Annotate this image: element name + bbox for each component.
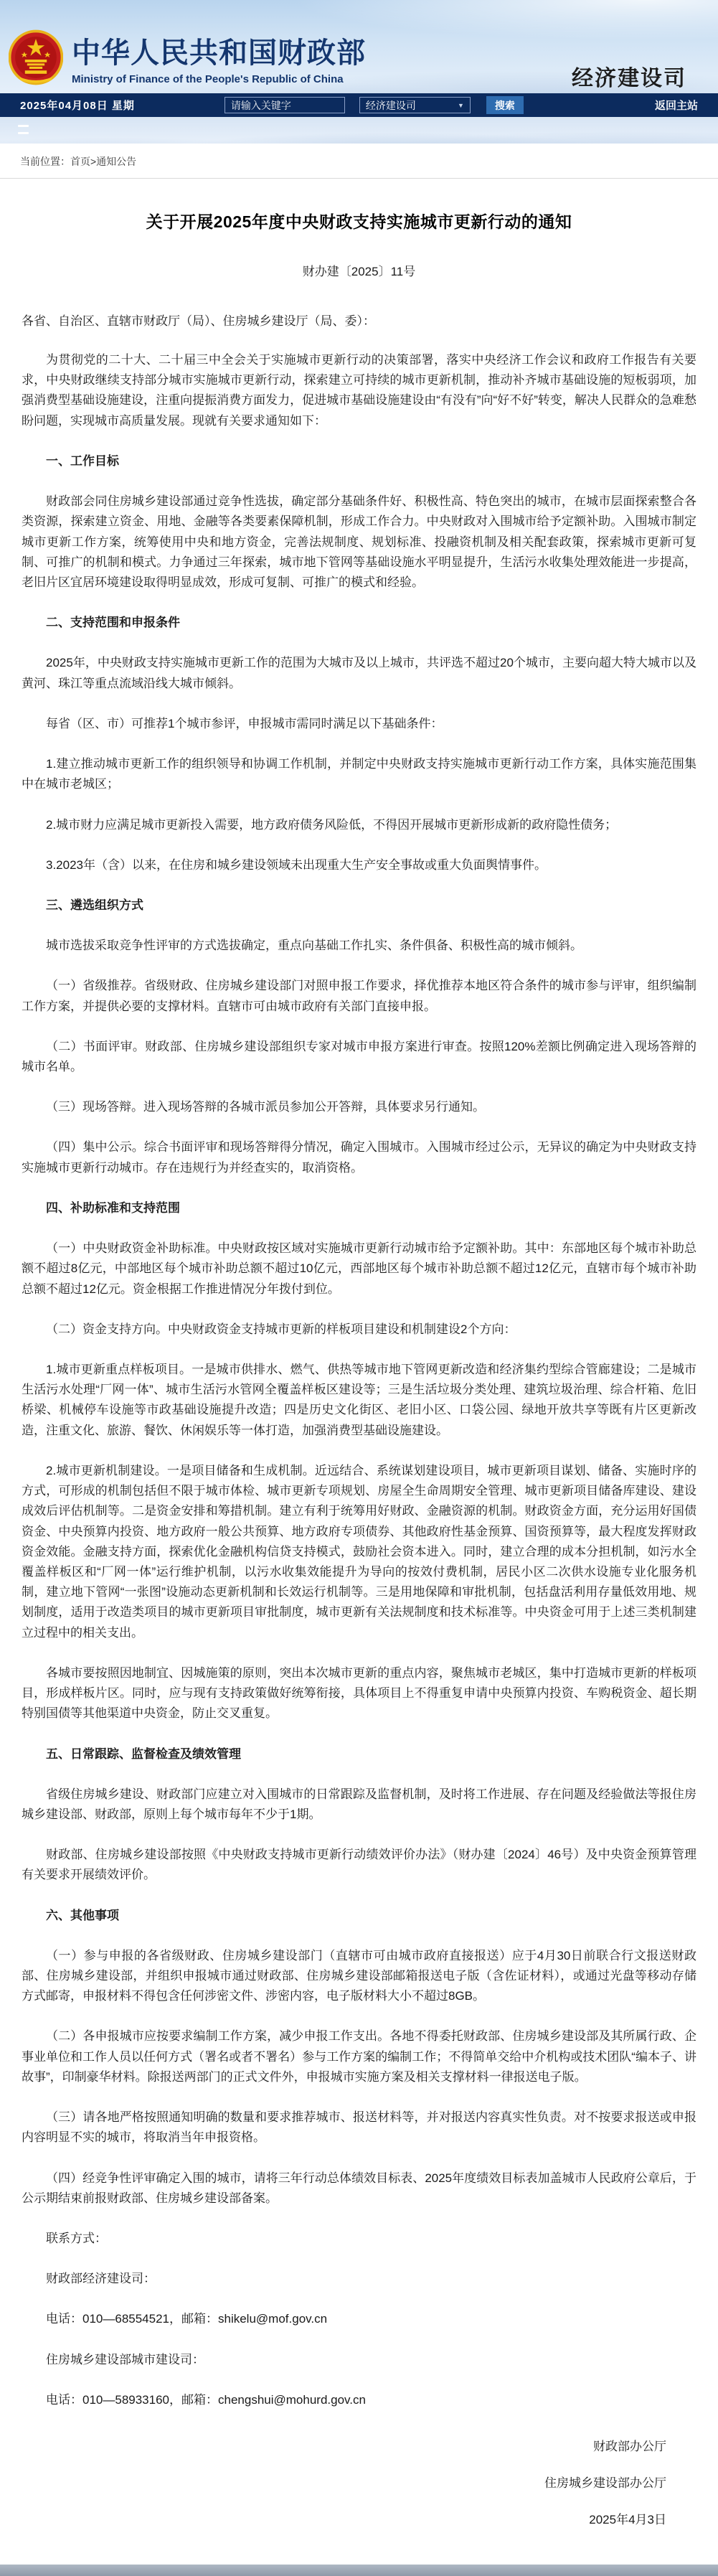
breadcrumb-label: 当前位置： [20,156,70,167]
national-emblem-icon [9,29,63,86]
document-paragraph: 财政部会同住房城乡建设部通过竞争性选拔，确定部分基础条件好、积极性高、特色突出的… [22,492,696,593]
document-paragraph: 电话：010—68554521，邮箱：shikelu@mof.gov.cn [22,2309,696,2329]
footer-strip [0,2565,718,2576]
document-paragraph: 住房城乡建设部城市建设司： [22,2350,696,2370]
document-body: 为贯彻党的二十大、二十届三中全会关于实施城市更新行动的决策部署，落实中央经济工作… [22,350,696,2410]
search-button[interactable]: 搜索 [486,96,524,114]
document-paragraph: （一）省级推荐。省级财政、住房城乡建设部门对照申报工作要求，择优推荐本地区符合条… [22,976,696,1016]
decorative-mountain-band [0,117,718,144]
document-area: 关于开展2025年度中央财政支持实施城市更新行动的通知 财办建〔2025〕11号… [0,179,718,2565]
chevron-down-icon: ▼ [458,102,464,109]
current-date: 2025年04月08日 星期 [20,98,135,113]
document-paragraph: （二）资金支持方向。中央财政资金支持城市更新的样板项目建设和机制建设2个方向： [22,1320,696,1340]
document-paragraph: 3.2023年（含）以来，在住房和城乡建设领域未出现重大生产安全事故或重大负面舆… [22,855,696,875]
document-paragraph: 每省（区、市）可推荐1个城市参评，申报城市需同时满足以下基础条件： [22,714,696,734]
section-heading: 四、补助标准和支持范围 [22,1198,696,1218]
document-paragraph: 财政部、住房城乡建设部按照《中央财政支持城市更新行动绩效评价办法》（财办建〔20… [22,1845,696,1885]
search-scope-select[interactable]: 经济建设司 ▼ [359,97,471,113]
document-paragraph: 2.城市财力应满足城市更新投入需要，地方政府债务风险低，不得因开展城市更新形成新… [22,815,696,835]
department-title: 经济建设司 [572,60,686,92]
signature-date: 2025年4月3日 [22,2509,696,2527]
document-paragraph: （一）中央财政资金补助标准。中央财政按区域对实施城市更新行动城市给予定额补助。其… [22,1238,696,1299]
document-paragraph: （二）各申报城市应按要求编制工作方案，减少申报工作支出。各地不得委托财政部、住房… [22,2026,696,2087]
document-salutation: 各省、自治区、直辖市财政厅（局）、住房城乡建设厅（局、委）： [22,311,696,329]
document-paragraph: 联系方式： [22,2229,696,2249]
breadcrumb-path[interactable]: 首页>通知公告 [70,156,136,167]
document-paragraph: 1.城市更新重点样板项目。一是城市供排水、燃气、供热等城市地下管网更新改造和经济… [22,1360,696,1441]
menu-dash-icon [18,125,29,127]
document-paragraph: （四）集中公示。综合书面评审和现场答辩得分情况，确定入围城市。入围城市经过公示，… [22,1137,696,1177]
signature-issuer: 财政部办公厅 [22,2436,696,2454]
signature-block: 财政部办公厅 住房城乡建设部办公厅 2025年4月3日 [22,2436,696,2527]
section-heading: 一、工作目标 [22,451,696,471]
document-paragraph: 省级住房城乡建设、财政部门应建立对入围城市的日常跟踪及监督机制，及时将工作进展、… [22,1785,696,1825]
section-heading: 五、日常跟踪、监督检查及绩效管理 [22,1744,696,1764]
back-to-main-site-link[interactable]: 返回主站 [655,98,698,113]
document-paragraph: （三）请各地严格按照通知明确的数量和要求推荐城市、报送材料等，并对报送内容真实性… [22,2107,696,2148]
document-paragraph: 2025年，中央财政支持实施城市更新工作的范围为大城市及以上城市，共评选不超过2… [22,653,696,693]
site-header: 中华人民共和国财政部 Ministry of Finance of the Pe… [0,0,718,93]
section-heading: 三、遴选组织方式 [22,896,696,916]
document-paragraph: 为贯彻党的二十大、二十届三中全会关于实施城市更新行动的决策部署，落实中央经济工作… [22,350,696,431]
site-title-en: Ministry of Finance of the People's Repu… [72,73,366,85]
document-paragraph: 各城市要按照因地制宜、因城施策的原则，突出本次城市更新的重点内容，聚焦城市老城区… [22,1663,696,1724]
document-number: 财办建〔2025〕11号 [22,261,696,279]
document-title: 关于开展2025年度中央财政支持实施城市更新行动的通知 [22,209,696,232]
section-heading: 二、支持范围和申报条件 [22,613,696,633]
document-paragraph: 财政部经济建设司： [22,2269,696,2289]
signature-issuer: 住房城乡建设部办公厅 [22,2473,696,2491]
section-heading: 六、其他事项 [22,1906,696,1926]
document-paragraph: （四）经竞争性评审确定入围的城市，请将三年行动总体绩效目标表、2025年度绩效目… [22,2168,696,2209]
toolbar: 2025年04月08日 星期 经济建设司 ▼ 搜索 返回主站 [0,93,718,117]
document-paragraph: 1.建立推动城市更新工作的组织领导和协调工作机制，并制定中央财政支持实施城市更新… [22,754,696,794]
document-paragraph: 2.城市更新机制建设。一是项目储备和生成机制。近远结合、系统谋划建设项目，城市更… [22,1461,696,1643]
document-paragraph: 电话：010—58933160，邮箱：chengshui@mohurd.gov.… [22,2390,696,2410]
search-scope-value: 经济建设司 [366,98,416,113]
search-input[interactable] [225,97,345,113]
document-paragraph: （三）现场答辩。进入现场答辩的各城市派员参加公开答辩，具体要求另行通知。 [22,1097,696,1117]
menu-dash-icon [18,132,29,134]
document-paragraph: （二）书面评审。财政部、住房城乡建设部组织专家对城市申报方案进行审查。按照120… [22,1037,696,1077]
site-title-cn: 中华人民共和国财政部 [72,37,366,69]
document-paragraph: （一）参与申报的各省级财政、住房城乡建设部门（直辖市可由城市政府直接报送）应于4… [22,1946,696,2007]
breadcrumb: 当前位置：首页>通知公告 [0,144,718,179]
document-paragraph: 城市选拔采取竞争性评审的方式选拔确定，重点向基础工作扎实、条件俱备、积极性高的城… [22,936,696,956]
